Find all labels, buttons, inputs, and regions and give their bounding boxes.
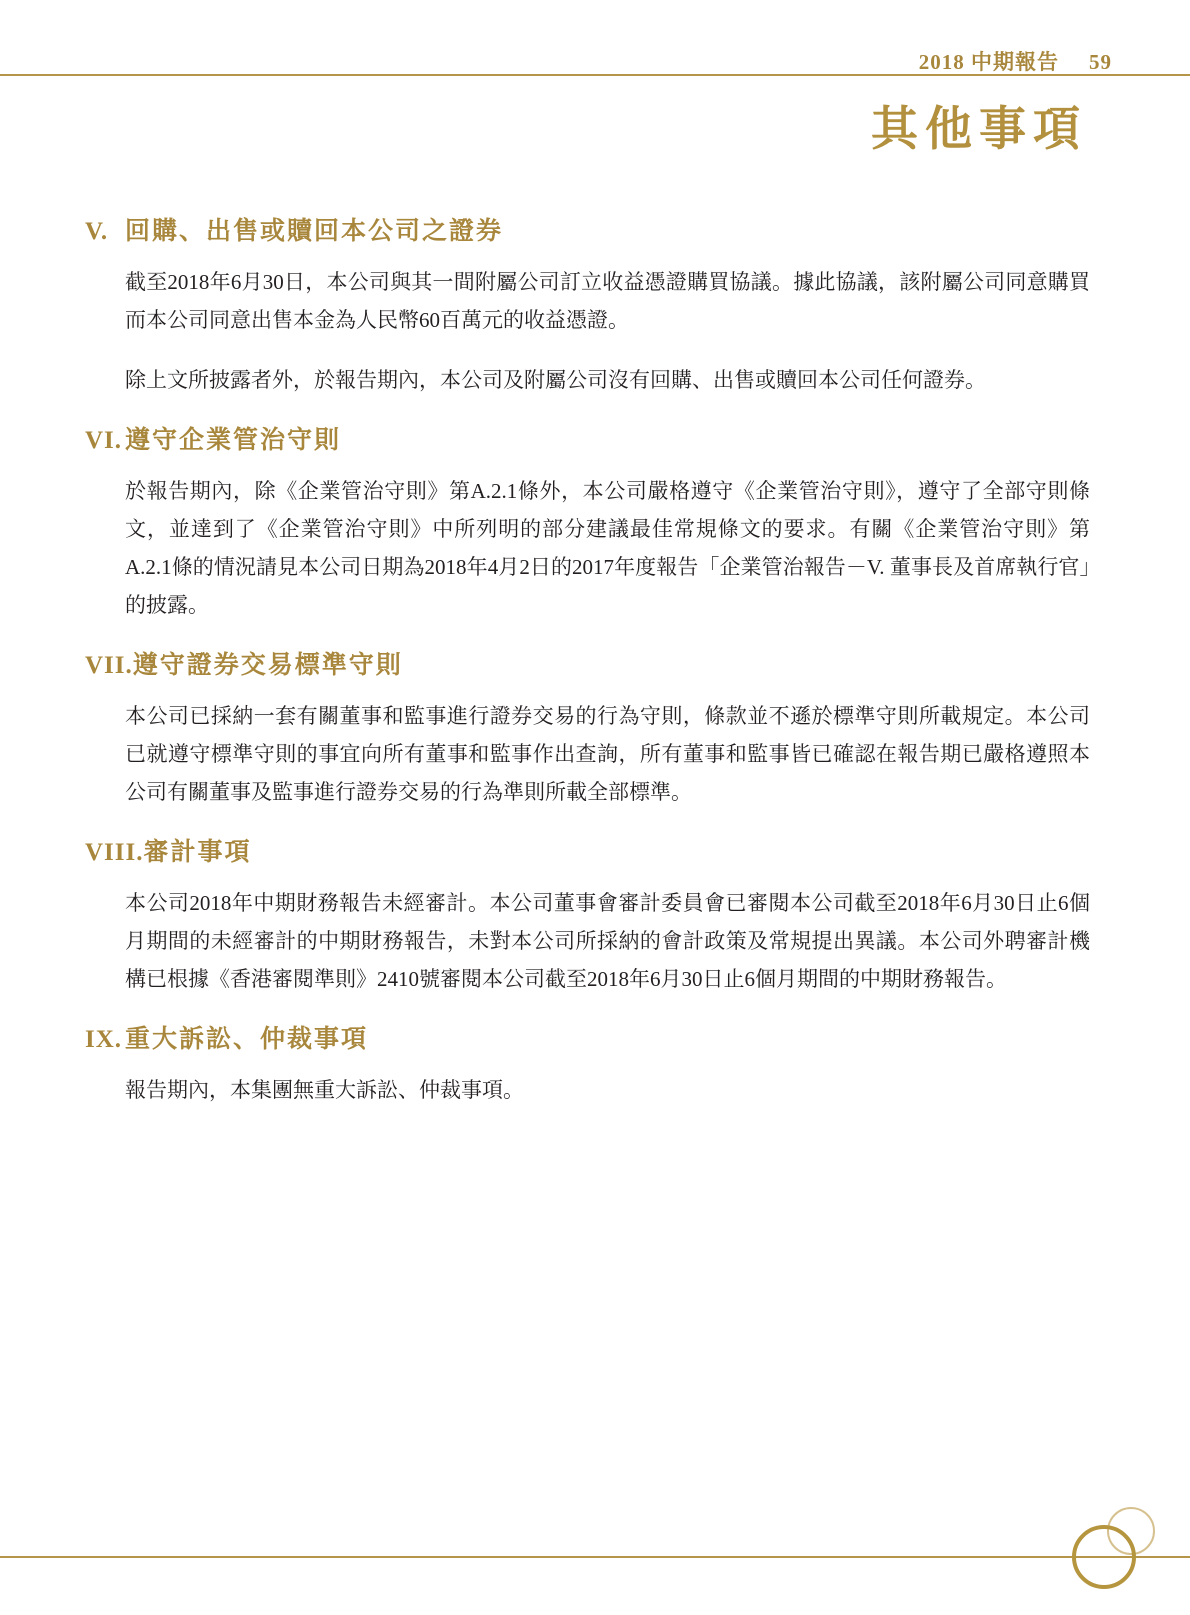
decorative-circle-large bbox=[1072, 1525, 1136, 1589]
paragraph: 截至2018年6月30日，本公司與其一間附屬公司訂立收益憑證購買協議。據此協議，… bbox=[125, 263, 1090, 339]
section-heading-row: IX. 重大訴訟、仲裁事項 bbox=[85, 1024, 1090, 1056]
footer-rule bbox=[0, 1556, 1190, 1558]
section-numeral: VI. bbox=[85, 425, 125, 457]
section-audit: VIII. 審計事項 本公司2018年中期財務報告未經審計。本公司董事會審計委員… bbox=[85, 837, 1090, 998]
paragraph: 本公司2018年中期財務報告未經審計。本公司董事會審計委員會已審閱本公司截至20… bbox=[125, 884, 1090, 998]
page-number: 59 bbox=[1089, 50, 1112, 75]
section-heading: 回購、出售或贖回本公司之證券 bbox=[125, 216, 503, 248]
section-model-code: VII. 遵守證券交易標準守則 本公司已採納一套有關董事和監事進行證券交易的行為… bbox=[85, 650, 1090, 811]
paragraph: 於報告期內，除《企業管治守則》第A.2.1條外，本公司嚴格遵守《企業管治守則》，… bbox=[125, 472, 1090, 624]
section-repurchase: V. 回購、出售或贖回本公司之證券 截至2018年6月30日，本公司與其一間附屬… bbox=[85, 216, 1090, 399]
section-heading-row: VI. 遵守企業管治守則 bbox=[85, 425, 1090, 457]
section-heading: 遵守證券交易標準守則 bbox=[133, 650, 403, 682]
section-heading-row: VIII. 審計事項 bbox=[85, 837, 1090, 869]
section-heading: 重大訴訟、仲裁事項 bbox=[125, 1024, 368, 1056]
section-litigation: IX. 重大訴訟、仲裁事項 報告期內，本集團無重大訴訟、仲裁事項。 bbox=[85, 1024, 1090, 1109]
section-body: 截至2018年6月30日，本公司與其一間附屬公司訂立收益憑證購買協議。據此協議，… bbox=[85, 263, 1090, 399]
paragraph: 除上文所披露者外，於報告期內，本公司及附屬公司沒有回購、出售或贖回本公司任何證券… bbox=[125, 361, 1090, 399]
section-numeral: V. bbox=[85, 216, 125, 248]
section-heading-row: VII. 遵守證券交易標準守則 bbox=[85, 650, 1090, 682]
page-title: 其他事項 bbox=[871, 92, 1087, 159]
section-numeral: VII. bbox=[85, 650, 133, 682]
section-numeral: VIII. bbox=[85, 837, 144, 869]
report-title: 2018 中期報告 bbox=[919, 46, 1059, 76]
paragraph: 本公司已採納一套有關董事和監事進行證券交易的行為守則，條款並不遜於標準守則所載規… bbox=[125, 697, 1090, 811]
page-header: 2018 中期報告 59 bbox=[919, 46, 1112, 76]
paragraph: 報告期內，本集團無重大訴訟、仲裁事項。 bbox=[125, 1071, 1090, 1109]
report-page: 2018 中期報告 59 其他事項 V. 回購、出售或贖回本公司之證券 截至20… bbox=[0, 0, 1190, 1615]
section-corporate-governance: VI. 遵守企業管治守則 於報告期內，除《企業管治守則》第A.2.1條外，本公司… bbox=[85, 425, 1090, 624]
document-content: V. 回購、出售或贖回本公司之證券 截至2018年6月30日，本公司與其一間附屬… bbox=[85, 216, 1090, 1135]
section-body: 本公司2018年中期財務報告未經審計。本公司董事會審計委員會已審閱本公司截至20… bbox=[85, 884, 1090, 998]
section-numeral: IX. bbox=[85, 1024, 125, 1056]
section-heading: 遵守企業管治守則 bbox=[125, 425, 341, 457]
section-heading: 審計事項 bbox=[144, 837, 252, 869]
section-heading-row: V. 回購、出售或贖回本公司之證券 bbox=[85, 216, 1090, 248]
section-body: 於報告期內，除《企業管治守則》第A.2.1條外，本公司嚴格遵守《企業管治守則》，… bbox=[85, 472, 1090, 624]
section-body: 報告期內，本集團無重大訴訟、仲裁事項。 bbox=[85, 1071, 1090, 1109]
section-body: 本公司已採納一套有關董事和監事進行證券交易的行為守則，條款並不遜於標準守則所載規… bbox=[85, 697, 1090, 811]
header-rule bbox=[0, 74, 1190, 76]
